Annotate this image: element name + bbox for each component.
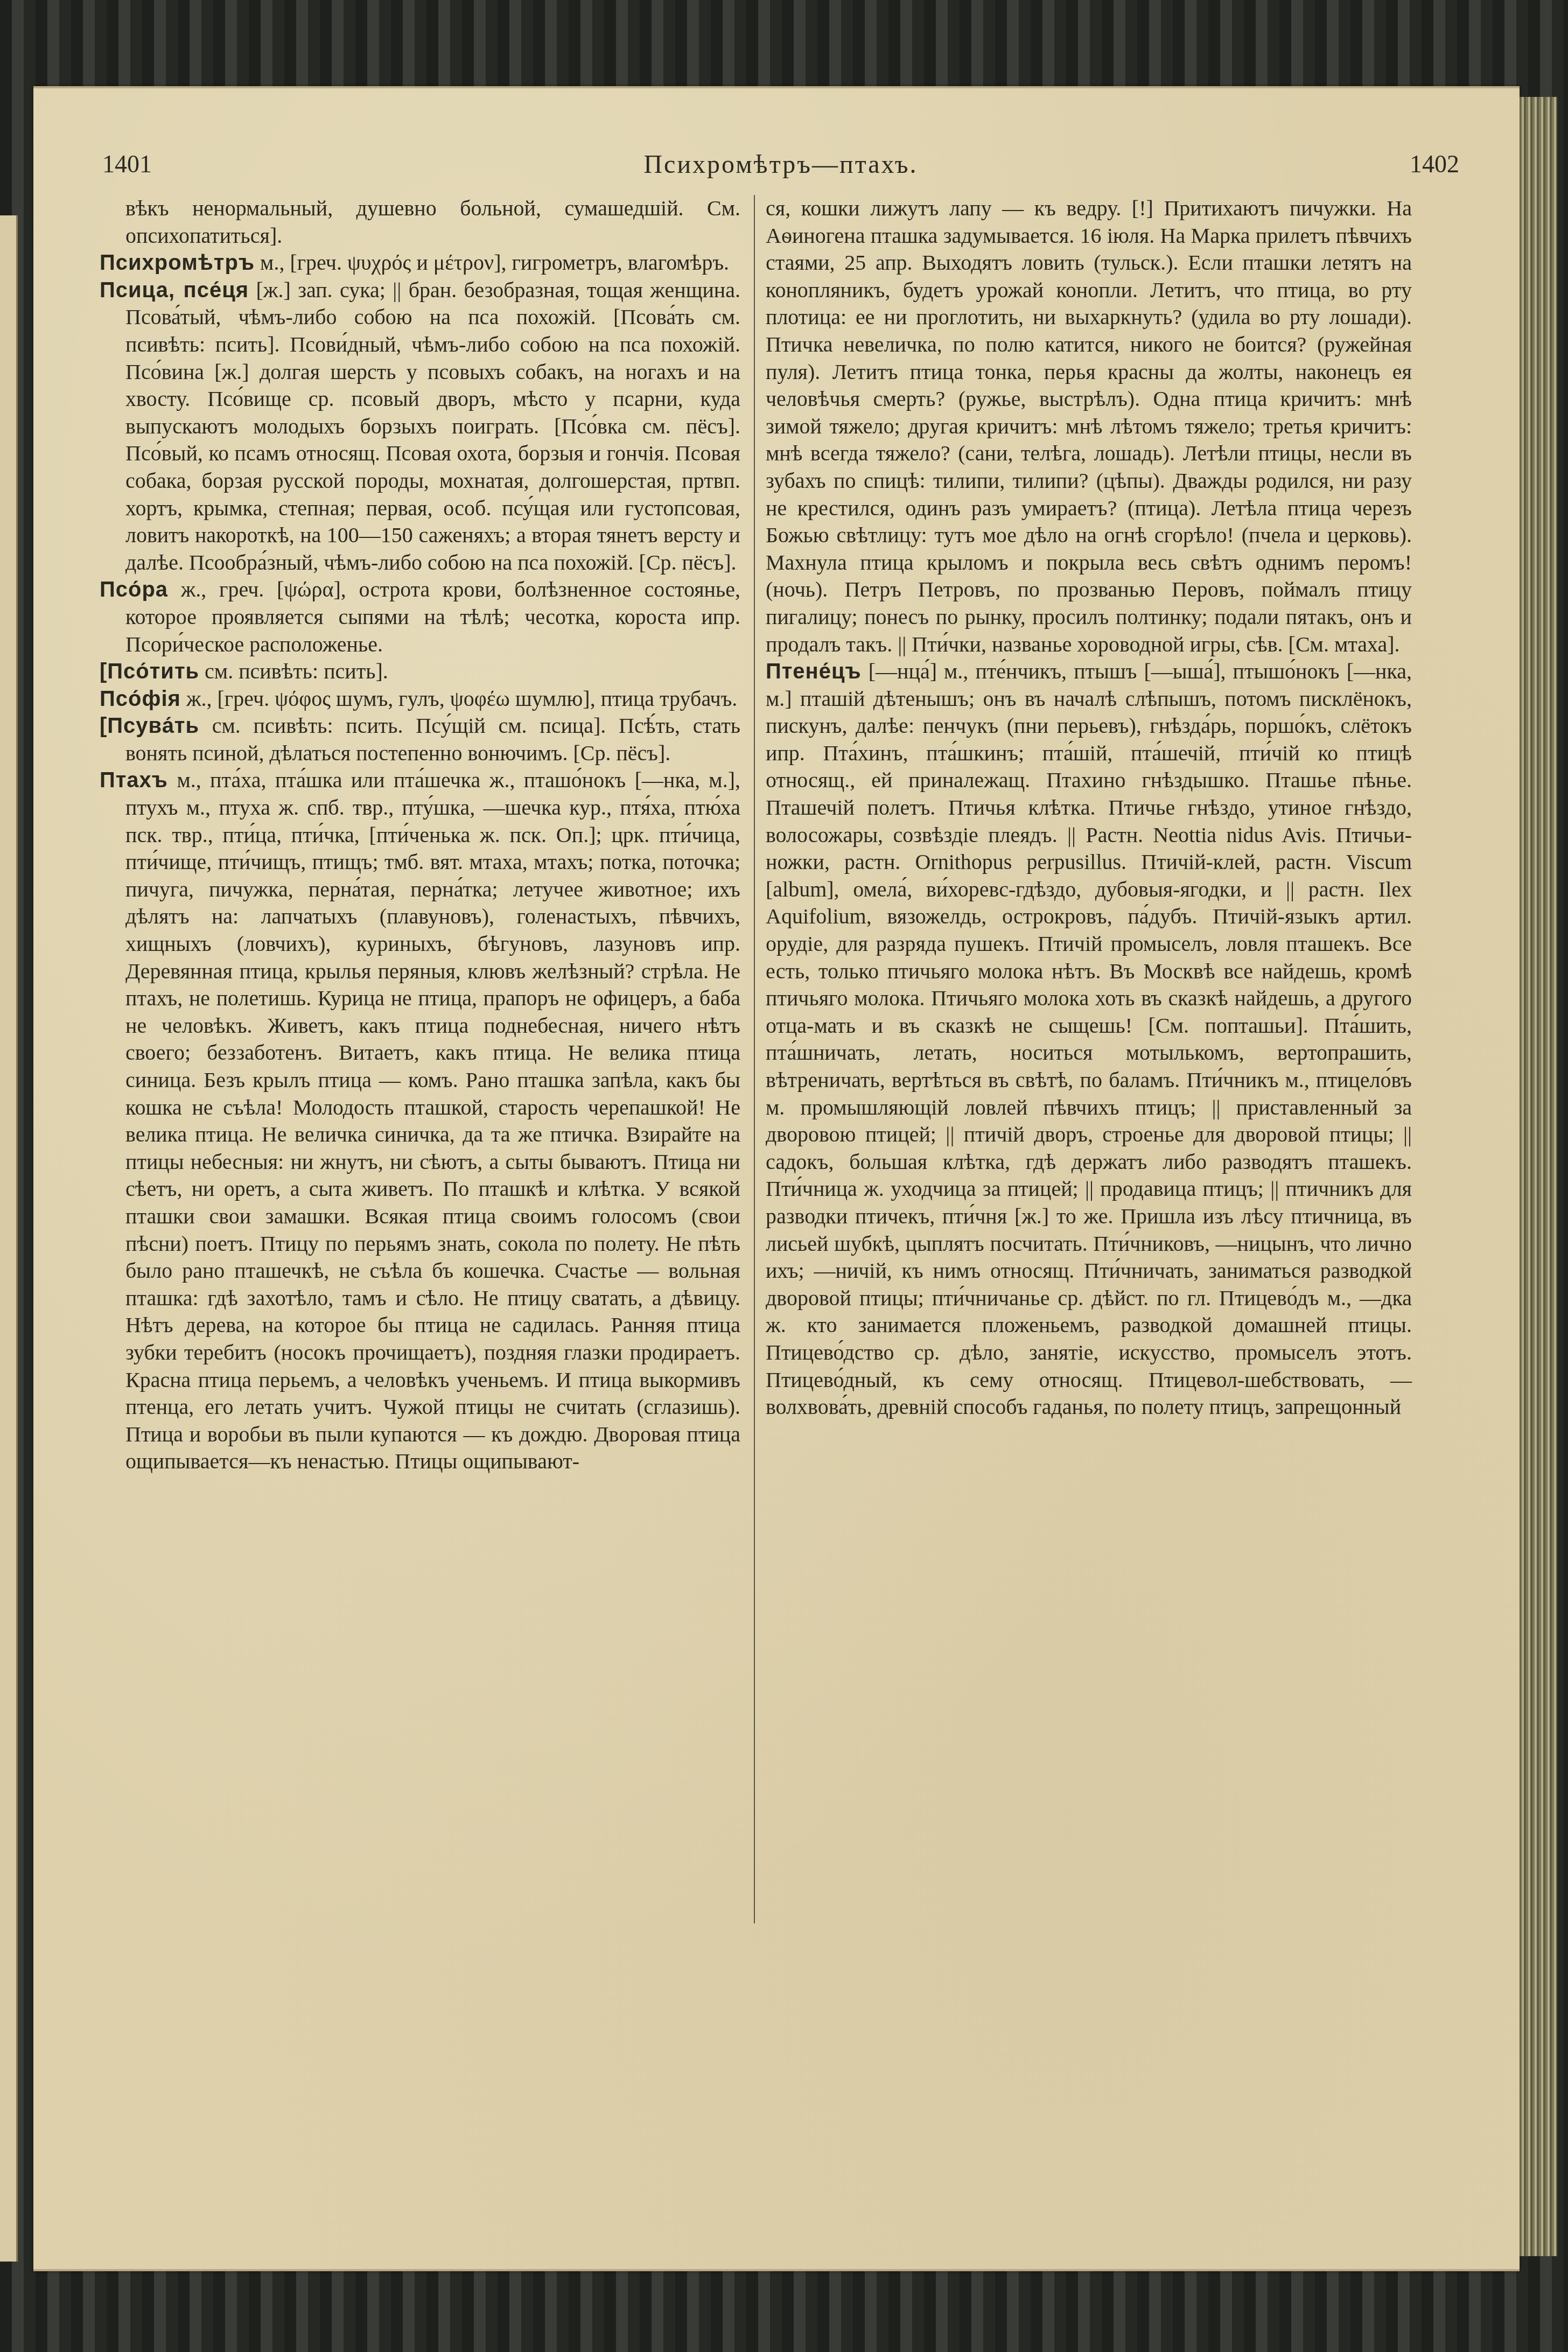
book-page-edges — [1520, 97, 1557, 2256]
dictionary-entry: [Псува́ть см. псивѣть: псить. Псу́щій см… — [100, 712, 740, 767]
entry-text: см. псивѣть: псить. Псу́щій см. псица]. … — [125, 713, 740, 765]
headword: Птахъ — [100, 768, 168, 792]
running-head: 1401 Психромѣтръ—птахъ. 1402 — [102, 150, 1459, 187]
headword: Псо́фія — [100, 687, 181, 711]
entry-text: [ж.] зап. сука; || бран. безобразная, то… — [125, 278, 740, 575]
headword: Психромѣтръ — [100, 251, 255, 275]
dictionary-entry: Птене́цъ [—нца́] м., пте́нчикъ, птышъ [—… — [766, 658, 1412, 1421]
entry-text: [—нца́] м., пте́нчикъ, птышъ [—ыша́], пт… — [766, 659, 1412, 1419]
entry-text: вѣкъ ненормальный, душевно больной, сума… — [125, 196, 740, 248]
dictionary-entry: Птахъ м., пта́ха, пта́шка или пта́шечка … — [100, 767, 740, 1475]
page-title: Психромѣтръ—птахъ. — [643, 150, 918, 179]
entry-text: ся, кошки лижутъ лапу — къ ведру. [!] Пр… — [766, 196, 1412, 656]
entry-text: ж., [греч. ψόφος шумъ, гулъ, ψοφέω шумлю… — [181, 687, 737, 711]
continued-text: ся, кошки лижутъ лапу — къ ведру. [!] Пр… — [766, 195, 1412, 658]
left-column: вѣкъ ненормальный, душевно больной, сума… — [100, 195, 740, 1475]
headword: Псица, псе́ця — [100, 278, 249, 302]
headword: [Псо́тить — [100, 660, 199, 683]
headword: [Псува́ть — [100, 714, 199, 738]
right-column: ся, кошки лижутъ лапу — къ ведру. [!] Пр… — [766, 195, 1412, 1421]
dictionary-entry: Псо́фія ж., [греч. ψόφος шумъ, гулъ, ψοφ… — [100, 685, 740, 713]
previous-page-edge — [0, 215, 18, 2262]
page-number-right: 1402 — [1410, 150, 1459, 178]
dictionary-entry: Псица, псе́ця [ж.] зап. сука; || бран. б… — [100, 277, 740, 577]
dictionary-entry: Психромѣтръ м., [греч. ψυχρός и μέτρον],… — [100, 249, 740, 277]
headword: Птене́цъ — [766, 660, 862, 683]
headword: Псо́ра — [100, 578, 168, 601]
dictionary-entry: [Псо́тить см. псивѣть: псить]. — [100, 658, 740, 685]
entry-text: м., [греч. ψυχρός и μέτρον], гигрометръ,… — [255, 250, 729, 275]
continued-text: вѣкъ ненормальный, душевно больной, сума… — [100, 195, 740, 249]
entry-text: см. псивѣть: псить]. — [199, 659, 388, 683]
dictionary-entry: Псо́ра ж., греч. [ψώρα], острота крови, … — [100, 576, 740, 658]
page-number-left: 1401 — [102, 150, 152, 178]
entry-text: ж., греч. [ψώρα], острота крови, болѣзне… — [125, 577, 740, 656]
column-divider — [754, 195, 755, 1923]
entry-text: м., пта́ха, пта́шка или пта́шечка ж., пт… — [125, 768, 740, 1473]
